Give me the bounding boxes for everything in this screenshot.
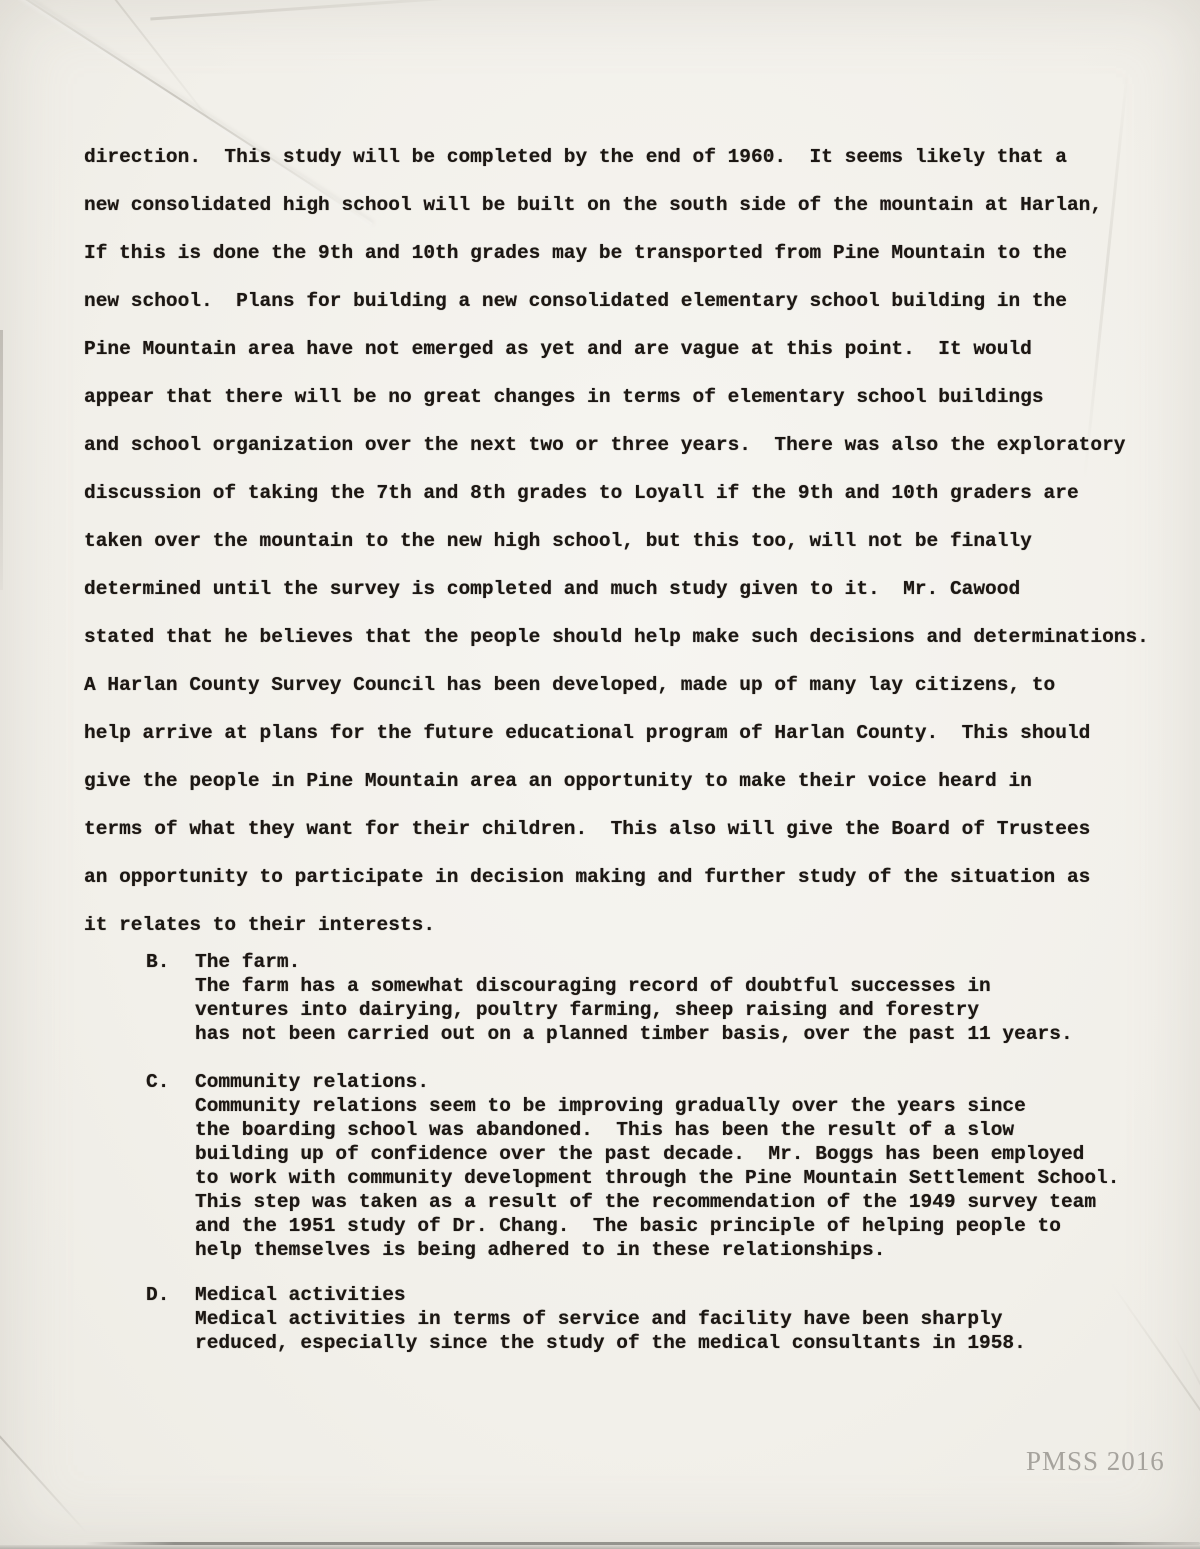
paper-crease [59, 0, 221, 134]
paper-crease [0, 330, 3, 590]
section-the-farm: B. The farm. The farm has a somewhat dis… [146, 950, 1156, 1046]
section-label: C. [146, 1070, 195, 1094]
section-body: The farm has a somewhat discouraging rec… [195, 974, 1156, 1046]
paper-crease [1172, 1332, 1200, 1510]
section-label: B. [146, 950, 195, 974]
watermark: PMSS 2016 [1026, 1446, 1165, 1477]
section-medical-activities: D. Medical activities Medical activities… [146, 1283, 1156, 1355]
section-body: Community relations seem to be improving… [195, 1094, 1156, 1262]
body-paragraph: direction. This study will be completed … [84, 133, 1174, 949]
paper-crease [0, 1428, 88, 1533]
section-title: The farm. [195, 950, 1156, 974]
section-title: Medical activities [195, 1283, 1156, 1307]
paper-crease [150, 0, 479, 21]
paper-bottom-edge-shadow [0, 1545, 1200, 1549]
scanned-document-page: direction. This study will be completed … [0, 0, 1200, 1549]
section-community-relations: C. Community relations. Community relati… [146, 1070, 1156, 1262]
section-label: D. [146, 1283, 195, 1307]
section-body: Medical activities in terms of service a… [195, 1307, 1156, 1355]
section-title: Community relations. [195, 1070, 1156, 1094]
